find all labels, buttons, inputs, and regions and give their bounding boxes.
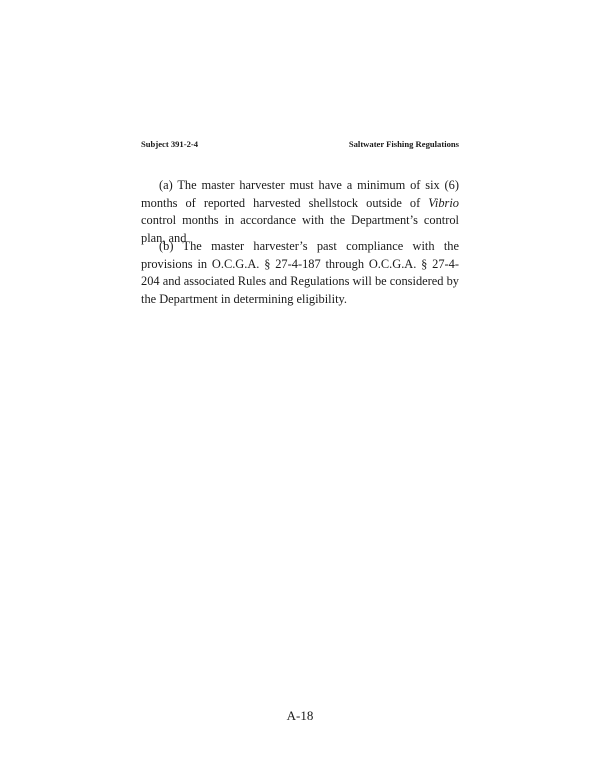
page-number: A-18: [0, 708, 600, 724]
paragraph-a-text-1: (a) The master harvester must have a min…: [141, 178, 459, 210]
paragraph-a: (a) The master harvester must have a min…: [141, 177, 459, 247]
header-subject: Subject 391-2-4: [141, 139, 198, 149]
page-header: Subject 391-2-4 Saltwater Fishing Regula…: [141, 139, 459, 149]
header-title: Saltwater Fishing Regulations: [349, 139, 459, 149]
paragraph-b-text: (b) The master harvester’s past complian…: [141, 239, 459, 306]
paragraph-a-italic: Vibrio: [428, 196, 459, 210]
paragraph-b: (b) The master harvester’s past complian…: [141, 238, 459, 308]
